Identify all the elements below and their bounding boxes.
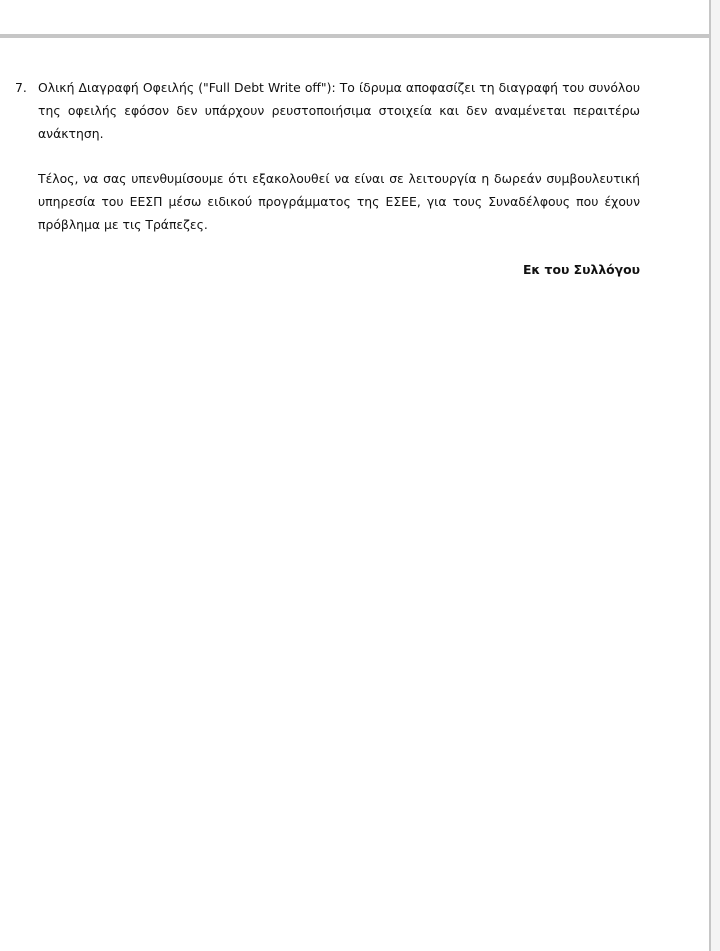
list-item-number: 7. xyxy=(15,76,27,99)
list-item: 7. Ολική Διαγραφή Οφειλής ("Full Debt Wr… xyxy=(0,76,640,145)
document-viewport: 7. Ολική Διαγραφή Οφειλής ("Full Debt Wr… xyxy=(0,0,720,951)
list-item-text: Ολική Διαγραφή Οφειλής ("Full Debt Write… xyxy=(38,80,640,141)
scrollbar-track[interactable] xyxy=(711,0,720,951)
document-body: 7. Ολική Διαγραφή Οφειλής ("Full Debt Wr… xyxy=(0,76,640,281)
page-separator xyxy=(0,34,709,38)
closing-paragraph: Τέλος, να σας υπενθυμίσουμε ότι εξακολου… xyxy=(0,167,640,236)
signature: Εκ του Συλλόγου xyxy=(0,258,640,281)
